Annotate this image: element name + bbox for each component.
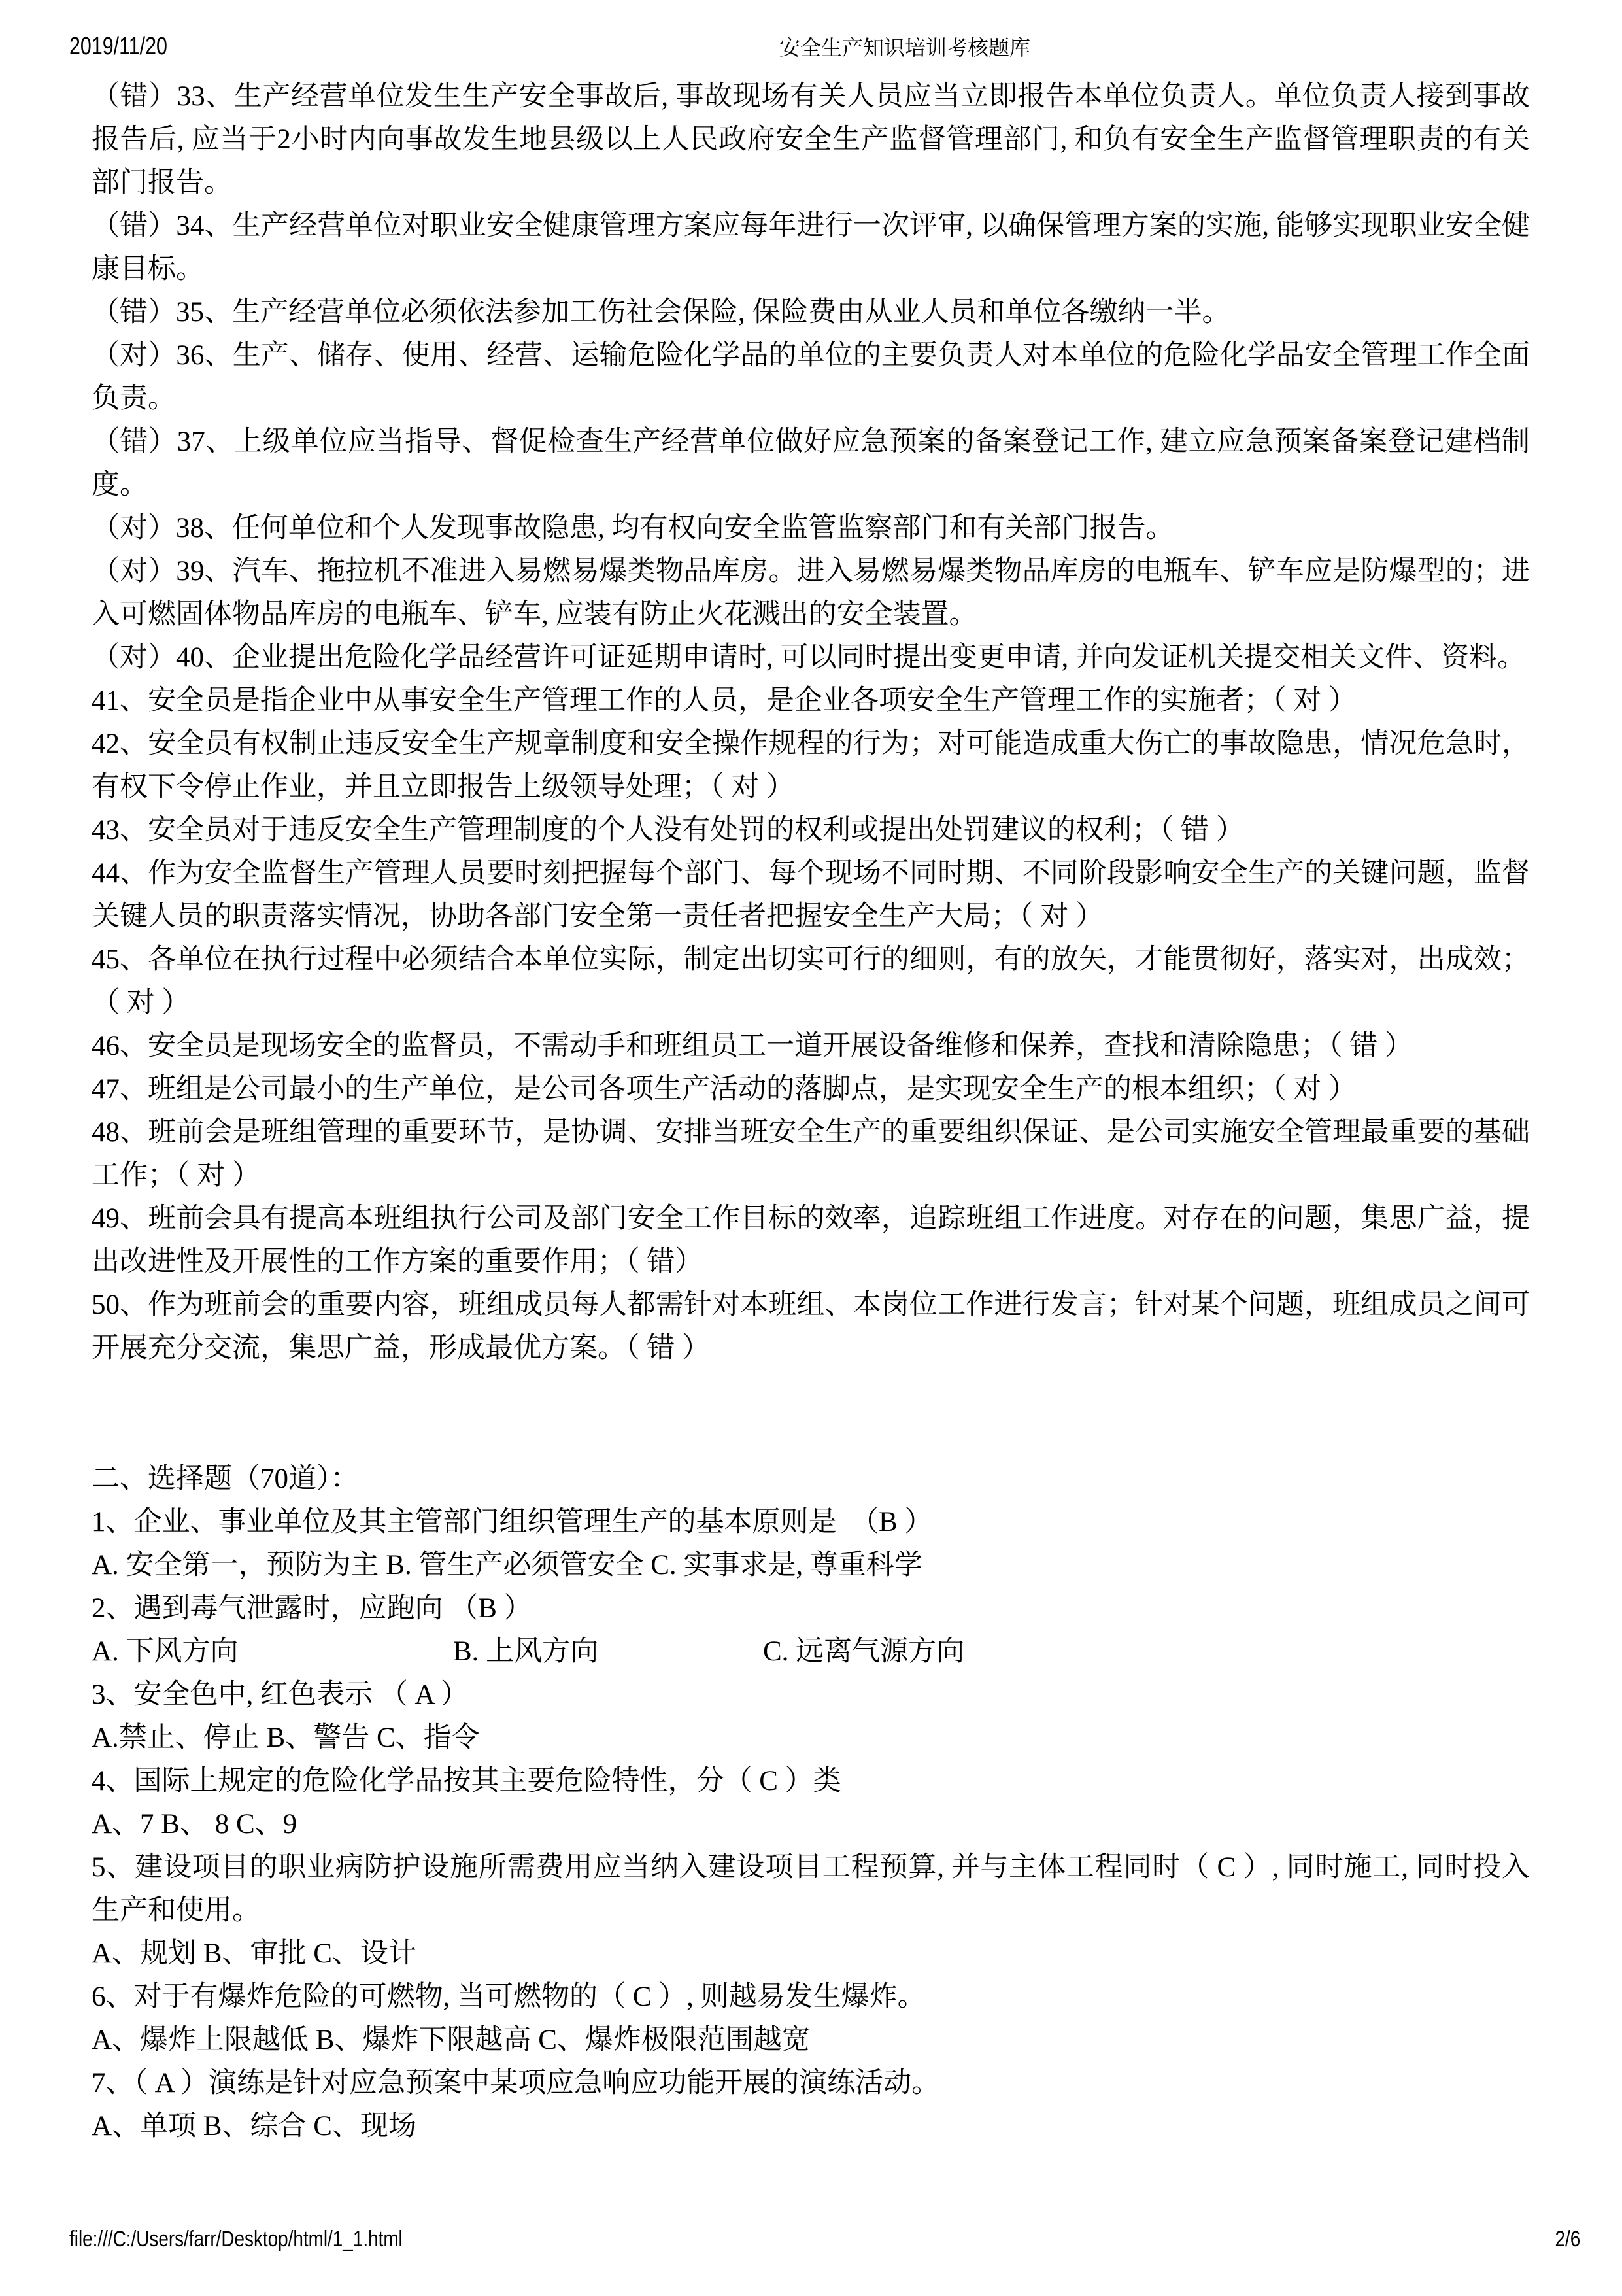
judgement-item: （对）40、企业提出危险化学品经营许可证延期申请时, 可以同时提出变更申请, 并… — [92, 636, 1530, 679]
choice-question-text: 6、对于有爆炸危险的可燃物, 当可燃物的（ C ）, 则越易发生爆炸。 — [92, 1976, 1530, 2019]
choice-question-list: 1、企业、事业单位及其主管部门组织管理生产的基本原则是 （B ）A. 安全第一，… — [92, 1501, 1530, 2148]
choice-question-text: 3、安全色中, 红色表示 （ A ） — [92, 1673, 1530, 1717]
choice-question-options: A、规划 B、审批 C、设计 — [92, 1932, 1530, 1976]
judgement-item: 50、作为班前会的重要内容，班组成员每人都需针对本班组、本岗位工作进行发言；针对… — [92, 1284, 1530, 1370]
judgement-item: 48、班前会是班组管理的重要环节，是协调、安排当班安全生产的重要组织保证、是公司… — [92, 1111, 1530, 1197]
header-date: 2019/11/20 — [69, 34, 167, 59]
judgement-question-list: （错）33、生产经营单位发生生产安全事故后, 事故现场有关人员应当立即报告本单位… — [92, 75, 1530, 1370]
document-body: （错）33、生产经营单位发生生产安全事故后, 事故现场有关人员应当立即报告本单位… — [92, 75, 1530, 2148]
judgement-item: （错）33、生产经营单位发生生产安全事故后, 事故现场有关人员应当立即报告本单位… — [92, 75, 1530, 205]
choice-question-options: A、爆炸上限越低 B、爆炸下限越高 C、爆炸极限范围越宽 — [92, 2019, 1530, 2062]
choice-question-options: A. 下风方向B. 上风方向C. 远离气源方向 — [92, 1630, 1530, 1673]
judgement-item: 49、班前会具有提高本班组执行公司及部门安全工作目标的效率，追踪班组工作进度。对… — [92, 1197, 1530, 1284]
header-title: 安全生产知识培训考核题库 — [779, 37, 1030, 59]
footer-file-path: file:///C:/Users/farr/Desktop/html/1_1.h… — [69, 2226, 403, 2252]
choice-option: B. 上风方向 — [453, 1630, 763, 1673]
judgement-item: 42、安全员有权制止违反安全生产规章制度和安全操作规程的行为；对可能造成重大伤亡… — [92, 723, 1530, 809]
choice-section: 二、选择题（70道）： 1、企业、事业单位及其主管部门组织管理生产的基本原则是 … — [92, 1458, 1530, 2148]
choice-question-text: 2、遇到毒气泄露时，应跑向 （B ） — [92, 1587, 1530, 1630]
choice-question-text: 1、企业、事业单位及其主管部门组织管理生产的基本原则是 （B ） — [92, 1501, 1530, 1544]
judgement-item: 47、班组是公司最小的生产单位，是公司各项生产活动的落脚点，是实现安全生产的根本… — [92, 1068, 1530, 1111]
choice-section-heading: 二、选择题（70道）： — [92, 1458, 1530, 1501]
choice-question-options: A.禁止、停止 B、警告 C、指令 — [92, 1717, 1530, 1760]
choice-question-options: A、7 B、 8 C、9 — [92, 1803, 1530, 1846]
judgement-item: （对）39、汽车、拖拉机不准进入易燃易爆类物品库房。进入易燃易爆类物品库房的电瓶… — [92, 550, 1530, 636]
judgement-item: 41、安全员是指企业中从事安全生产管理工作的人员，是企业各项安全生产管理工作的实… — [92, 679, 1530, 723]
judgement-item: （对）38、任何单位和个人发现事故隐患, 均有权向安全监管监察部门和有关部门报告… — [92, 507, 1530, 550]
choice-question-options: A. 安全第一，预防为主 B. 管生产必须管安全 C. 实事求是, 尊重科学 — [92, 1544, 1530, 1587]
judgement-item: 45、各单位在执行过程中必须结合本单位实际，制定出切实可行的细则，有的放矢，才能… — [92, 938, 1530, 1025]
choice-question-text: 5、建设项目的职业病防护设施所需费用应当纳入建设项目工程预算, 并与主体工程同时… — [92, 1846, 1530, 1932]
footer-page-number: 2/6 — [1555, 2226, 1580, 2252]
choice-option: C. 远离气源方向 — [763, 1630, 964, 1673]
judgement-item: 44、作为安全监督生产管理人员要时刻把握每个部门、每个现场不同时期、不同阶段影响… — [92, 852, 1530, 938]
choice-question-text: 4、国际上规定的危险化学品按其主要危险特性，分（ C ）类 — [92, 1760, 1530, 1803]
judgement-item: 43、安全员对于违反安全生产管理制度的个人没有处罚的权利或提出处罚建议的权利；（… — [92, 809, 1530, 852]
judgement-item: （错）35、生产经营单位必须依法参加工伤社会保险, 保险费由从业人员和单位各缴纳… — [92, 291, 1530, 334]
judgement-item: 46、安全员是现场安全的监督员，不需动手和班组员工一道开展设备维修和保养，查找和… — [92, 1025, 1530, 1068]
judgement-item: （错）34、生产经营单位对职业安全健康管理方案应每年进行一次评审, 以确保管理方… — [92, 205, 1530, 291]
choice-question-text: 7、（ A ）演练是针对应急预案中某项应急响应功能开展的演练活动。 — [92, 2062, 1530, 2105]
choice-option: A. 下风方向 — [92, 1630, 453, 1673]
judgement-item: （错）37、上级单位应当指导、督促检查生产经营单位做好应急预案的备案登记工作, … — [92, 420, 1530, 507]
judgement-item: （对）36、生产、储存、使用、经营、运输危险化学品的单位的主要负责人对本单位的危… — [92, 334, 1530, 420]
choice-question-options: A、单项 B、综合 C、现场 — [92, 2105, 1530, 2148]
